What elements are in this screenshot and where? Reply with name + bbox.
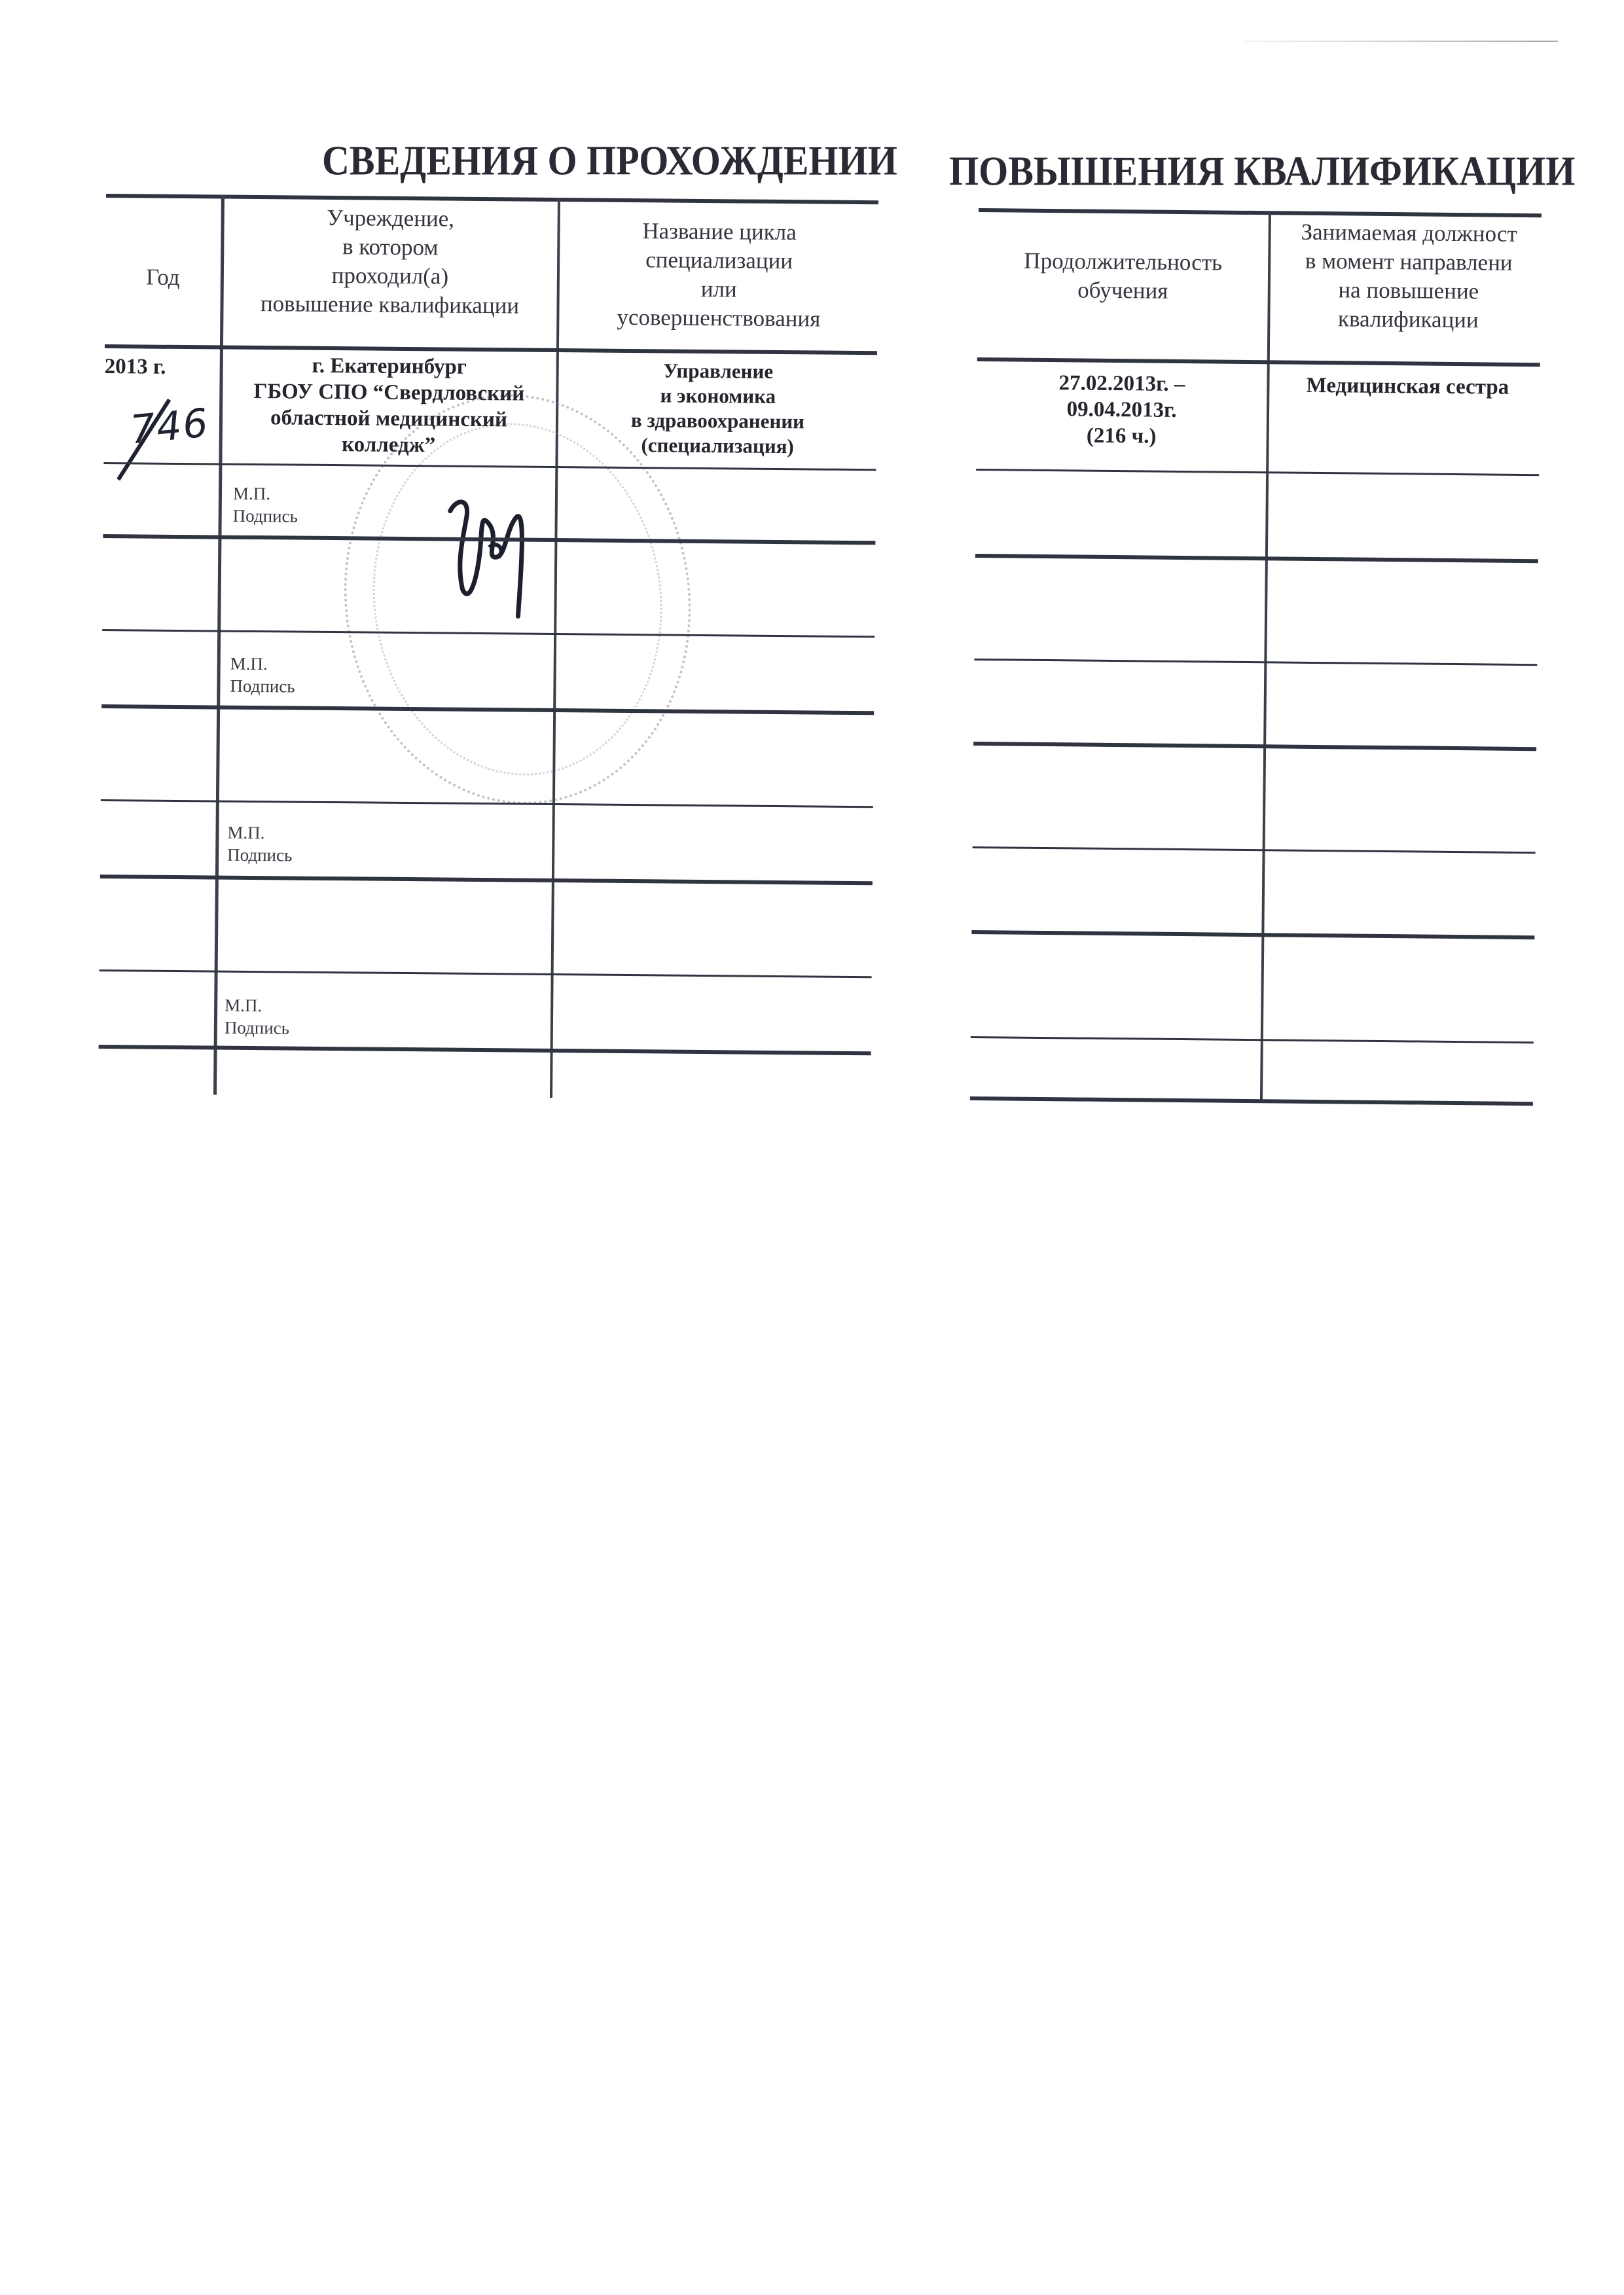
scan-artifact-line	[1244, 41, 1558, 42]
cycle-line: и экономика	[559, 382, 876, 410]
header-line: проходил(а)	[223, 261, 557, 292]
header-line: или	[560, 274, 878, 305]
row-bottom-border	[971, 930, 1534, 939]
duration-line: 27.02.2013г. –	[977, 369, 1267, 398]
header-institution: Учреждение, в котором проходил(а) повыше…	[223, 203, 558, 321]
cycle-line: (специализация)	[559, 432, 876, 460]
stamp-label: М.П.	[227, 822, 264, 843]
cycle-line: Управление	[560, 357, 877, 385]
table-bottom-border	[970, 1096, 1533, 1106]
header-line: Занимаемая должност	[1271, 217, 1546, 249]
stamp-label: М.П.	[225, 995, 262, 1016]
row-bottom-border	[973, 742, 1536, 751]
duration-line: 09.04.2013г.	[977, 395, 1267, 424]
handwritten-signature	[442, 485, 542, 623]
row-divider	[974, 659, 1537, 666]
header-bottom-border	[977, 357, 1540, 367]
header-position: Занимаемая должност в момент направлени …	[1271, 217, 1547, 335]
header-line: квалификации	[1271, 304, 1545, 335]
header-line: повышение квалификации	[223, 289, 556, 321]
cycle-line: в здравоохранении	[559, 407, 876, 435]
header-line: Название цикла	[560, 216, 878, 247]
signature-label: Подпись	[227, 844, 292, 866]
header-duration: Продолжительность обучения	[978, 246, 1269, 306]
row-cycle: Управление и экономика в здравоохранении…	[559, 357, 877, 460]
header-line: на повышение	[1271, 275, 1546, 306]
stamp-label: М.П.	[230, 653, 268, 674]
header-line: в котором	[223, 232, 557, 263]
institution-line: ГБОУ СПО “Свердловский	[222, 378, 556, 407]
header-line: в момент направлени	[1271, 246, 1546, 278]
signature-label: Подпись	[230, 676, 295, 697]
column-divider-duration	[1260, 211, 1271, 1101]
duration-line: (216 ч.)	[976, 422, 1266, 450]
handwritten-registration-number: 746	[128, 400, 211, 453]
document-title-left: СВЕДЕНИЯ О ПРОХОЖДЕНИИ	[322, 136, 897, 185]
header-line: Учреждение,	[224, 203, 558, 234]
signature-label: Подпись	[225, 1017, 289, 1039]
left-training-table: Год Учреждение, в котором проходил(а) по…	[98, 194, 878, 1104]
row-position: Медицинская сестра	[1270, 372, 1545, 401]
institution-line: колледж”	[222, 431, 556, 460]
signature-label: Подпись	[233, 505, 298, 527]
row-bottom-border	[975, 554, 1538, 563]
header-line: Продолжительность	[978, 246, 1268, 278]
header-line: усовершенствования	[560, 302, 877, 334]
column-divider-year	[213, 195, 225, 1095]
header-line: специализации	[560, 245, 878, 276]
header-cycle: Название цикла специализации или усоверш…	[560, 216, 878, 334]
row-divider	[973, 846, 1536, 854]
row-divider	[976, 469, 1539, 476]
stamp-label: М.П.	[233, 483, 270, 504]
right-training-table: Продолжительность обучения Занимаемая до…	[970, 208, 1568, 1117]
row-year: 2013 г.	[105, 353, 203, 380]
row-institution: г. Екатеринбург ГБОУ СПО “Свердловский о…	[222, 352, 556, 460]
document-title-right: ПОВЫШЕНИЯ КВАЛИФИКАЦИИ	[949, 147, 1575, 195]
header-line: обучения	[978, 275, 1268, 306]
institution-line: г. Екатеринбург	[223, 352, 556, 381]
row-duration: 27.02.2013г. – 09.04.2013г. (216 ч.)	[976, 369, 1267, 450]
header-year: Год	[105, 262, 221, 293]
institution-line: областной медицинский	[222, 405, 556, 433]
table-top-border	[979, 208, 1542, 217]
row-divider	[971, 1036, 1534, 1043]
